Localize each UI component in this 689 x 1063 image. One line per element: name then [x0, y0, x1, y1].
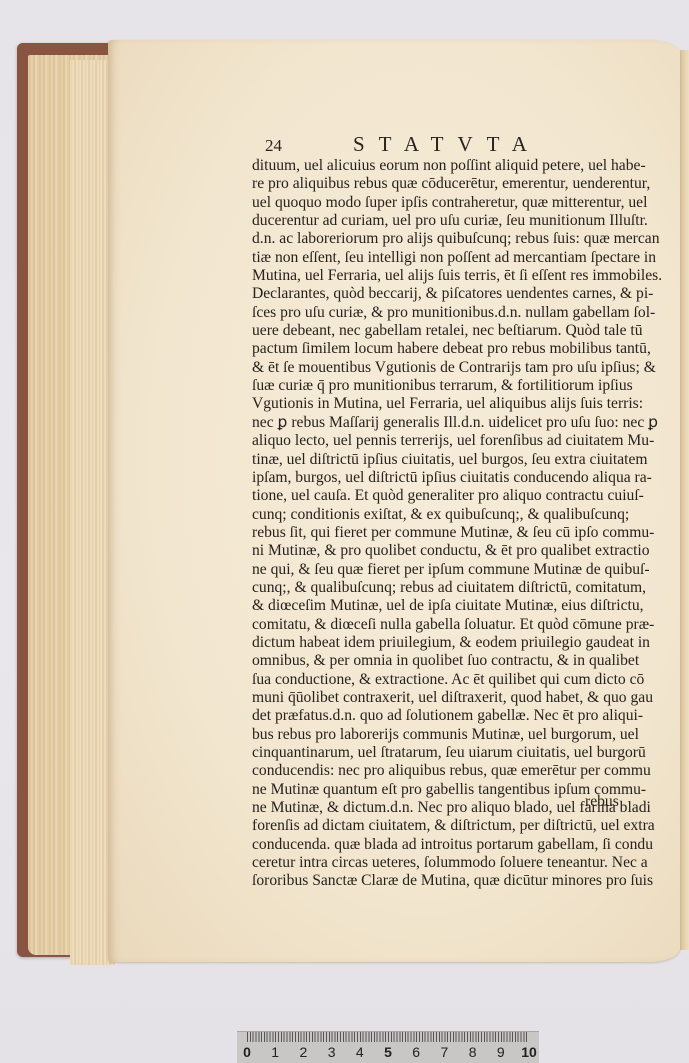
- ruler-label: 1: [267, 1044, 283, 1060]
- text-line: & ēt ſe mouentibus Vgutionis de Contrari…: [252, 359, 675, 377]
- text-line: cunq;, & qualibuſcunq; rebus ad ciuitate…: [252, 579, 675, 597]
- text-line: Declarantes, quòd beccarij, & piſcatores…: [252, 285, 675, 303]
- text-line: tiæ non eſſent, ſeu intelligi non poſſen…: [252, 249, 675, 267]
- text-line: & diœceſim Mutinæ, uel de ipſa ciuitate …: [252, 597, 675, 615]
- text-line: forenſis ad dictam ciuitatem, & diſtrict…: [252, 817, 675, 835]
- text-line: re pro aliquibus rebus quæ cōducerētur, …: [252, 175, 675, 193]
- ruler-label: 3: [324, 1044, 340, 1060]
- ruler-labels: 012345678910: [239, 1044, 539, 1062]
- text-line: rebus ſit, qui fieret per commune Mutinæ…: [252, 524, 675, 542]
- text-line: uere debeant, nec gabellam retalei, nec …: [252, 322, 675, 340]
- running-title: STATVTA: [353, 132, 541, 157]
- text-line: det præfatus.d.n. quo ad ſolutionem gabe…: [252, 707, 675, 725]
- text-line: ſuæ curiæ q̄ pro munitionibus terrarum, …: [252, 377, 675, 395]
- ruler-label: 6: [408, 1044, 424, 1060]
- ruler-label: 5: [380, 1044, 396, 1060]
- text-line: omnibus, & per omnia in quolibet ſuo con…: [252, 652, 675, 670]
- text-line: aliquo lecto, uel pennis terrerijs, uel …: [252, 432, 675, 450]
- page-header: 24 STATVTA: [265, 132, 595, 158]
- ruler-label: 7: [436, 1044, 452, 1060]
- text-line: d.n. ac laboreriorum pro alijs quibuſcun…: [252, 230, 675, 248]
- ruler-label: 0: [239, 1044, 255, 1060]
- text-line: conducendis: nec pro aliquibus rebus, qu…: [252, 762, 675, 780]
- text-line: muni q̄ūolibet contraxerit, uel diſtraxe…: [252, 689, 675, 707]
- ruler-ticks: [247, 1032, 529, 1042]
- ruler-label: 10: [521, 1044, 537, 1060]
- text-line: ſua conductione, & extractione. Ac ēt qu…: [252, 671, 675, 689]
- text-line: tinæ, uel diſtrictū ipſius ciuitatis, ue…: [252, 451, 675, 469]
- text-line: ſororibus Sanctæ Claræ de Mutina, quæ di…: [252, 872, 675, 890]
- text-line: pactum ſimilem locum habere debeat pro r…: [252, 340, 675, 358]
- text-line: dituum, uel alicuius eorum non poſſint a…: [252, 157, 675, 175]
- text-line: bus rebus pro laborerijs communis Mutinæ…: [252, 726, 675, 744]
- ruler-label: 2: [295, 1044, 311, 1060]
- text-line: conducenda. quæ blada ad introitus porta…: [252, 836, 675, 854]
- catchword: rebus: [585, 793, 619, 811]
- facing-page-edge: [680, 50, 689, 950]
- text-line: cinquantinarum, uel ſtratarum, ſeu uiaru…: [252, 744, 675, 762]
- text-line: ni Mutinæ, & pro quolibet conductu, & ēt…: [252, 542, 675, 560]
- text-line: ne qui, & ſeu quæ fieret per ipſum commu…: [252, 561, 675, 579]
- text-line: uel quoquo modo ſuper ipſis contraheretu…: [252, 194, 675, 212]
- ruler-label: 4: [352, 1044, 368, 1060]
- text-line: comitatu, & diœceſi nulla gabella ſoluat…: [252, 616, 675, 634]
- text-line: dictum habeat idem priuilegium, & eodem …: [252, 634, 675, 652]
- page-number: 24: [265, 136, 282, 156]
- ruler-label: 9: [493, 1044, 509, 1060]
- text-line: ipſam, burgos, uel diſtrictū ipſius ciui…: [252, 469, 675, 487]
- scale-ruler: 012345678910: [237, 1031, 539, 1063]
- text-line: cunq; conditionis exiſtat, & ex quibuſcu…: [252, 506, 675, 524]
- text-line: ceretur intra circas ueteres, ſolummodo …: [252, 854, 675, 872]
- text-line: Mutina, uel Ferraria, uel alijs ſuis ter…: [252, 267, 675, 285]
- ruler-label: 8: [465, 1044, 481, 1060]
- text-line: tione, uel cauſa. Et quòd generaliter pr…: [252, 487, 675, 505]
- text-line: ſces pro uſu curiæ, & pro munitionibus.d…: [252, 304, 675, 322]
- body-text: dituum, uel alicuius eorum non poſſint a…: [252, 157, 675, 891]
- text-line: Vgutionis in Mutina, uel Ferraria, uel a…: [252, 395, 675, 413]
- text-line: nec ꝑ rebus Maſſarij generalis Ill.d.n. …: [252, 414, 675, 432]
- text-line: ducerentur ad curiam, uel pro uſu curiæ,…: [252, 212, 675, 230]
